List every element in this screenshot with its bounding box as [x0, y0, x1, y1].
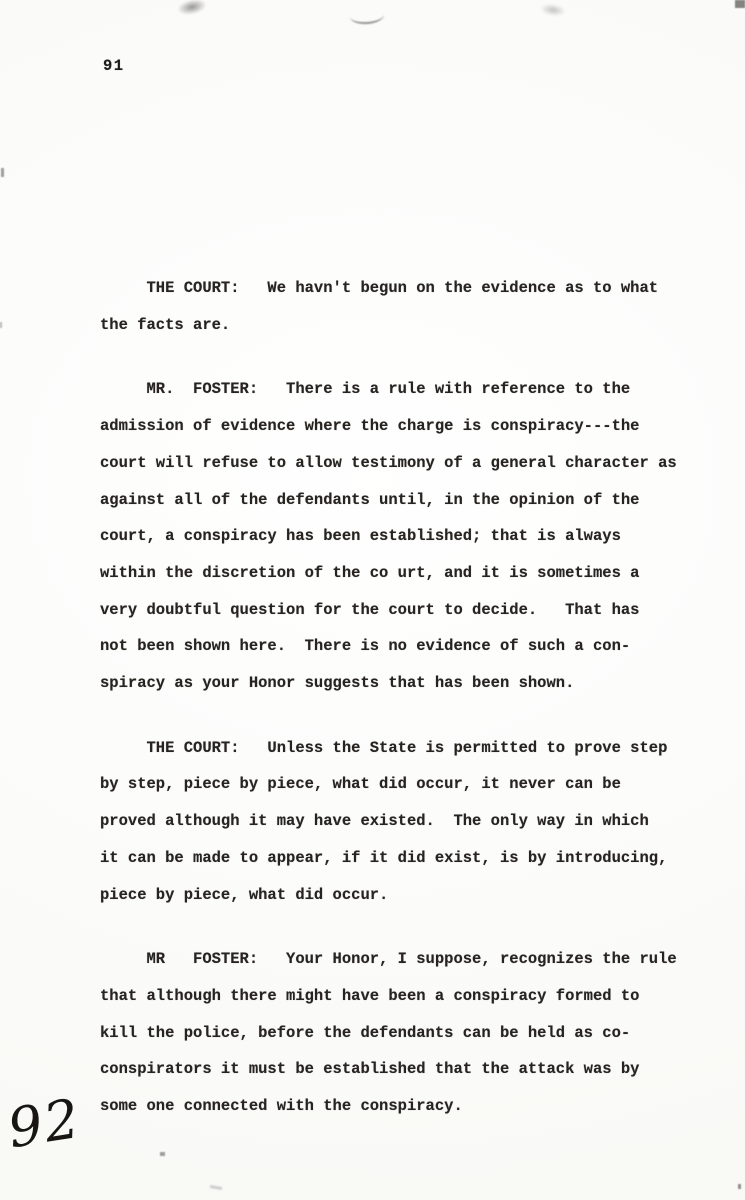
ink-smudge-icon [177, 0, 207, 17]
typed-page-number: 91 [103, 57, 125, 75]
scan-speck-icon [210, 1185, 222, 1190]
transcript-paragraph-court-2: THE COURT: Unless the State is permitted… [100, 730, 700, 914]
scan-speck-icon [1, 168, 4, 177]
ink-smudge-icon [349, 7, 384, 25]
scan-speck-icon [0, 322, 2, 328]
scan-speck-icon [738, 1184, 741, 1189]
scanned-transcript-page: { "document": { "typed_page_number": "91… [0, 0, 745, 1200]
document-page: 91 THE COURT: We havn't begun on the evi… [0, 0, 745, 1200]
ink-smudge-icon [539, 2, 566, 18]
transcript-paragraph-foster-1: MR. FOSTER: There is a rule with referen… [100, 371, 700, 701]
transcript-paragraph-foster-2: MR FOSTER: Your Honor, I suppose, recogn… [100, 941, 700, 1125]
transcript-paragraph-court-1: THE COURT: We havn't begun on the eviden… [100, 270, 700, 343]
ink-smudge-icon [735, 0, 745, 8]
handwritten-page-number: 92 [4, 1087, 86, 1161]
transcript-body: THE COURT: We havn't begun on the eviden… [100, 270, 700, 1153]
